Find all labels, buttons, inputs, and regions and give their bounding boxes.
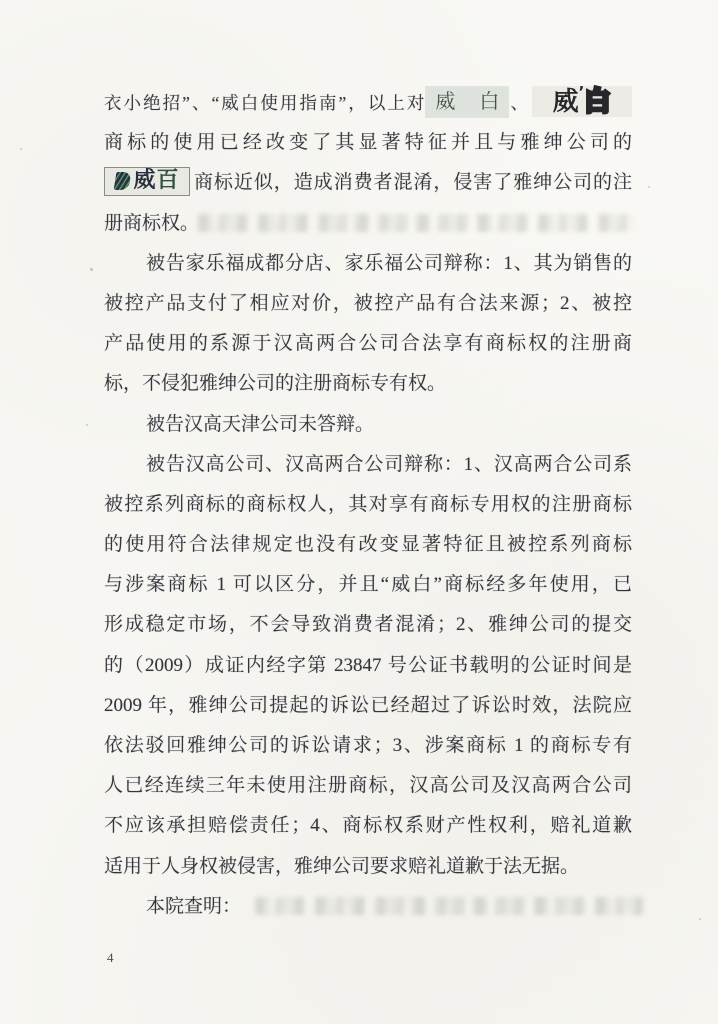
text-line: 适用于人身权被侵害，雅绅公司要求赔礼道歉于法无据。 <box>104 847 632 887</box>
text-line: 商标的使用已经改变了其显著特征并且与雅绅公司的 <box>104 123 632 163</box>
text-run: 商标近似，造成消费者混淆，侵害了雅绅公司的注 <box>193 172 632 193</box>
scan-speck <box>20 148 22 150</box>
text-run: 、 <box>508 93 530 113</box>
text-run: 标，不侵犯雅绅公司的注册商标专有权。 <box>104 373 446 394</box>
baihe-b-mark-icon <box>114 172 132 190</box>
text-line: 册商标权。 <box>104 204 632 244</box>
text-line: 衣小绝招”、“威白使用指南”，以上对威白、威’白 <box>104 83 632 123</box>
text-line: 产品使用的系源于汉高两合公司合法享有商标权的注册商 <box>104 324 632 364</box>
text-run: 产品使用的系源于汉高两合公司合法享有商标权的注册商 <box>104 333 632 354</box>
text-line: 2009 年，雅绅公司提起的诉讼已经超过了诉讼时效，法院应 <box>104 686 632 726</box>
text-run: 人已经连续三年未使用注册商标，汉高公司及汉高两合公司 <box>104 775 632 796</box>
text-line: 被告家乐福成都分店、家乐福公司辩称：1、其为销售的 <box>104 244 632 284</box>
weibai-stylized-trademark-image: 威’白 <box>532 86 632 117</box>
text-run: 形成稳定市场，不会导致消费者混淆；2、雅绅公司的提交 <box>104 614 632 635</box>
text-run: 被控系列商标的商标权人，其对享有商标专用权的注册商标 <box>104 494 632 515</box>
text-line: 威百商标近似，造成消费者混淆，侵害了雅绅公司的注 <box>104 163 632 203</box>
text-run: 被告汉高公司、汉高两合公司辩称：1、汉高两合公司系 <box>146 454 632 475</box>
document-text: 衣小绝招”、“威白使用指南”，以上对威白、威’白商标的使用已经改变了其显著特征并… <box>104 83 632 927</box>
text-run: 适用于人身权被侵害，雅绅公司要求赔礼道歉于法无据。 <box>104 856 579 877</box>
text-line: 与涉案商标 1 可以区分，并且“威白”商标经多年使用，已 <box>104 565 632 605</box>
text-line: 不应该承担赔偿责任；4、商标权系财产性权利，赔礼道歉 <box>104 806 632 846</box>
scan-speck <box>90 268 93 271</box>
text-line: 人已经连续三年未使用注册商标，汉高公司及汉高两合公司 <box>104 766 632 806</box>
page-number: 4 <box>107 950 114 966</box>
scan-speck <box>648 186 650 188</box>
text-run: 的使用符合法律规定也没有改变显著特征且被控系列商标 <box>104 534 632 555</box>
text-run: 2009 年，雅绅公司提起的诉讼已经超过了诉讼时效，法院应 <box>104 695 632 716</box>
text-run: 被告家乐福成都分店、家乐福公司辩称：1、其为销售的 <box>146 253 632 274</box>
text-run: 被告汉高天津公司未答辩。 <box>146 414 374 435</box>
text-run: 商标的使用已经改变了其显著特征并且与雅绅公司的 <box>104 132 632 153</box>
text-line: 被告汉高天津公司未答辩。 <box>104 405 632 445</box>
text-line: 的使用符合法律规定也没有改变显著特征且被控系列商标 <box>104 525 632 565</box>
weibai-baihe-trademark-image: 威百 <box>104 167 190 196</box>
text-run: 册商标权。 <box>104 213 199 234</box>
text-line: 被控系列商标的商标权人，其对享有商标专用权的注册商标 <box>104 485 632 525</box>
text-run: 与涉案商标 1 可以区分，并且“威白”商标经多年使用，已 <box>104 574 632 595</box>
text-line: 被控产品支付了相应对价，被控产品有合法来源；2、被控 <box>104 284 632 324</box>
text-line: 本院查明： <box>104 887 632 927</box>
text-run: 不应该承担赔偿责任；4、商标权系财产性权利，赔礼道歉 <box>104 815 632 836</box>
text-run: 衣小绝招”、“威白使用指南”，以上对 <box>104 93 426 113</box>
scan-speck <box>86 424 88 426</box>
text-line: 依法驳回雅绅公司的诉讼请求；3、涉案商标 1 的商标专有 <box>104 726 632 766</box>
text-line: 的（2009）成证内经字第 23847 号公证书载明的公证时间是 <box>104 646 632 686</box>
scan-speck <box>699 918 701 920</box>
text-run: 被控产品支付了相应对价，被控产品有合法来源；2、被控 <box>104 293 632 314</box>
weibai-plain-trademark-image: 威白 <box>426 87 508 117</box>
text-run: 的（2009）成证内经字第 23847 号公证书载明的公证时间是 <box>104 655 632 676</box>
text-run: 依法驳回雅绅公司的诉讼请求；3、涉案商标 1 的商标专有 <box>104 735 632 756</box>
text-line: 标，不侵犯雅绅公司的注册商标专有权。 <box>104 364 632 404</box>
text-line: 形成稳定市场，不会导致消费者混淆；2、雅绅公司的提交 <box>104 605 632 645</box>
text-run: 本院查明： <box>146 896 241 917</box>
text-line: 被告汉高公司、汉高两合公司辩称：1、汉高两合公司系 <box>104 445 632 485</box>
